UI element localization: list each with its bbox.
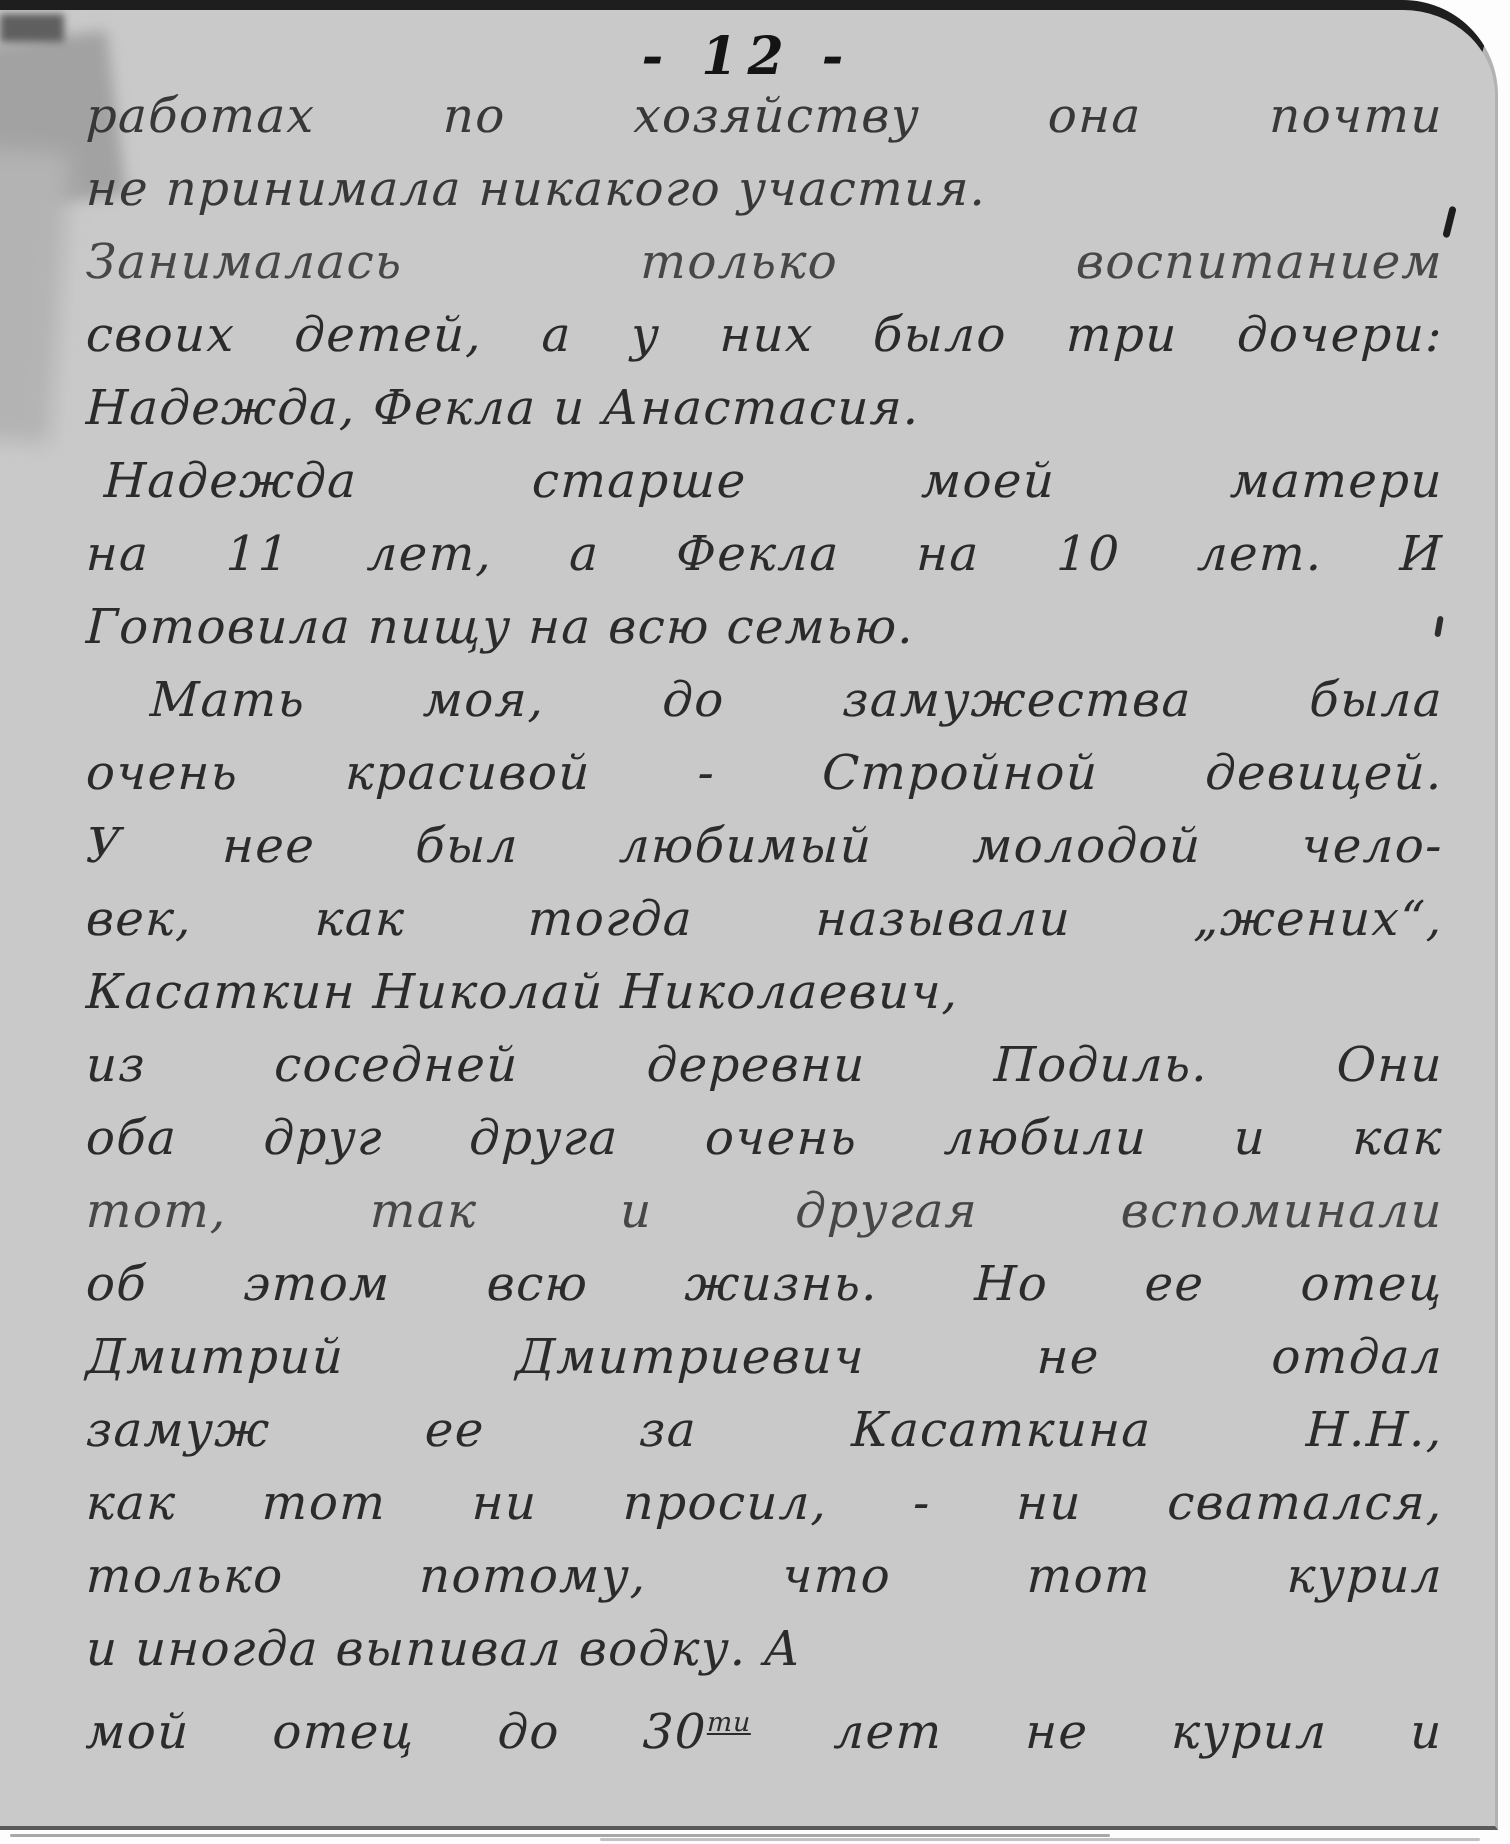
handwritten-line: Готовила пищу на всю семью.	[85, 591, 1445, 664]
handwritten-line: не принимала никакого участия.	[85, 153, 1445, 226]
handwritten-line: Дмитрий Дмитриевич не отдал	[85, 1321, 1445, 1394]
scanned-manuscript: - 12 - работах по хозяйству она почти не…	[0, 0, 1510, 1844]
handwritten-line: работах по хозяйству она почти	[85, 80, 1445, 153]
handwritten-text: работах по хозяйству она почти не приним…	[86, 80, 1443, 1759]
handwritten-line: замуж ее за Касаткина Н.Н.,	[85, 1394, 1445, 1467]
handwritten-line: оба друг друга очень любили и как	[85, 1102, 1445, 1175]
handwritten-line: на 11 лет, а Фекла на 10 лет. И	[85, 518, 1445, 591]
handwritten-line: У нее был любимый молодой чело-	[85, 810, 1445, 883]
handwritten-line: из соседней деревни Подиль. Они	[85, 1029, 1445, 1102]
final-line-superscript: ти	[707, 1707, 752, 1738]
handwritten-line: и иногда выпивал водку. А	[85, 1613, 1445, 1686]
handwritten-line-final: мой отец до 30ти лет не курил и	[85, 1686, 1445, 1759]
page-bottom-edge	[10, 1834, 1110, 1837]
handwritten-line: очень красивой - Стройной девицей.	[85, 737, 1445, 810]
final-line-suffix: лет не курил и	[750, 1704, 1444, 1760]
handwritten-line: тот, так и другая вспоминали	[85, 1175, 1445, 1248]
page-bottom-edge	[600, 1838, 1480, 1841]
handwritten-line: Надежда, Фекла и Анастасия.	[85, 372, 1445, 445]
page-number: - 12 -	[0, 26, 1495, 87]
handwritten-line: Занималась только воспитанием	[85, 226, 1445, 299]
handwritten-line: как тот ни просил, - ни сватался,	[85, 1467, 1445, 1540]
handwritten-line: Касаткин Николай Николаевич,	[85, 956, 1445, 1029]
manuscript-page: - 12 - работах по хозяйству она почти не…	[0, 0, 1498, 1830]
handwritten-line: об этом всю жизнь. Но ее отец	[85, 1248, 1445, 1321]
handwritten-line: Надежда старше моей матери	[85, 445, 1445, 518]
handwritten-line: Мать моя, до замужества была	[85, 664, 1445, 737]
handwritten-line: век, как тогда называли „жених“,	[85, 883, 1445, 956]
final-line-prefix: мой отец до 30	[85, 1704, 708, 1760]
stray-ink-mark	[1442, 206, 1457, 239]
scan-smudge-artifact	[0, 147, 70, 443]
handwritten-line: своих детей, а у них было три дочери:	[85, 299, 1445, 372]
handwritten-line: только потому, что тот курил	[85, 1540, 1445, 1613]
